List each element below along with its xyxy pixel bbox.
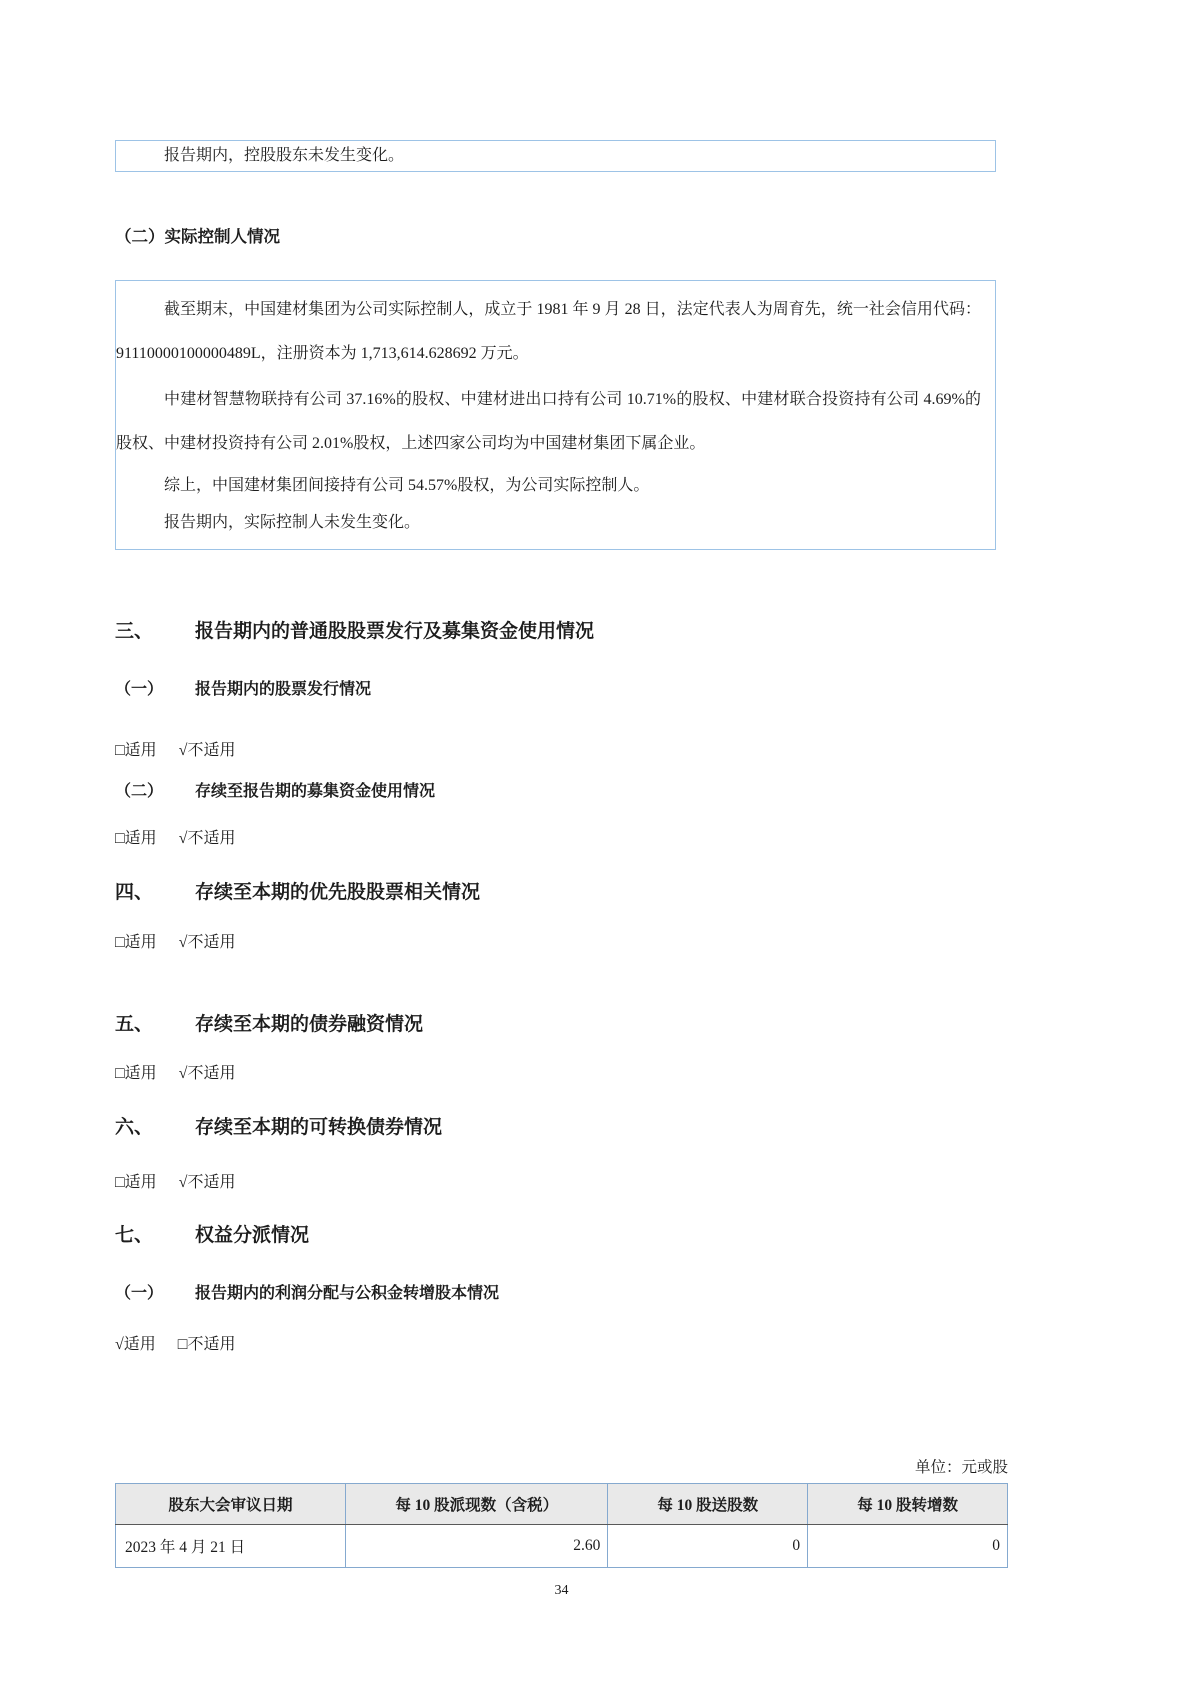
heading-section-3-1-num: （一） [115, 677, 195, 702]
heading-section-4-num: 四、 [115, 879, 195, 906]
heading-section-7-1: （一） 报告期内的利润分配与公积金转增股本情况 [115, 1281, 1008, 1306]
not-applicable-checked-option: √不适用 [179, 830, 236, 847]
actual-controller-paragraph-1: 截至期末，中国建材集团为公司实际控制人，成立于 1981 年 9 月 28 日，… [116, 287, 981, 377]
heading-section-7-1-title: 报告期内的利润分配与公积金转增股本情况 [195, 1281, 499, 1306]
not-applicable-checked-option: √不适用 [179, 1065, 236, 1082]
cell-bonus-per-10: 0 [608, 1525, 808, 1568]
heading-section-3-2-num: （二） [115, 779, 195, 804]
heading-actual-controller: （二）实际控制人情况 [115, 224, 1008, 250]
col-header-transfer-per-10: 每 10 股转增数 [808, 1484, 1008, 1525]
cell-transfer-per-10: 0 [808, 1525, 1008, 1568]
heading-section-5-num: 五、 [115, 1011, 195, 1038]
heading-actual-controller-num: （二） [115, 228, 165, 246]
applicable-unchecked-option: □适用 [115, 830, 157, 847]
page-number: 34 [115, 1581, 1008, 1601]
cell-cash-per-10: 2.60 [346, 1525, 608, 1568]
applicability-line-raised-funds: □适用 √不适用 [115, 826, 1008, 851]
col-header-cash-per-10: 每 10 股派现数（含税） [346, 1484, 608, 1525]
applicable-unchecked-option: □适用 [115, 742, 157, 759]
controlling-shareholder-note-box: 报告期内，控股股东未发生变化。 [115, 140, 996, 172]
not-applicable-unchecked-option: □不适用 [178, 1336, 236, 1353]
heading-section-3-1: （一） 报告期内的股票发行情况 [115, 677, 1008, 702]
heading-section-3-2-title: 存续至报告期的募集资金使用情况 [195, 779, 435, 804]
applicable-checked-option: √适用 [115, 1336, 156, 1353]
heading-section-7-1-num: （一） [115, 1281, 195, 1306]
actual-controller-paragraph-4: 报告期内，实际控制人未发生变化。 [116, 504, 981, 541]
heading-section-3-num: 三、 [115, 618, 195, 645]
heading-section-4-title: 存续至本期的优先股股票相关情况 [195, 879, 480, 906]
actual-controller-paragraph-3: 综上，中国建材集团间接持有公司 54.57%股权，为公司实际控制人。 [116, 467, 981, 504]
col-header-bonus-per-10: 每 10 股送股数 [608, 1484, 808, 1525]
applicability-line-convertible-bonds: □适用 √不适用 [115, 1170, 1008, 1195]
col-header-meeting-date: 股东大会审议日期 [116, 1484, 346, 1525]
actual-controller-box: 截至期末，中国建材集团为公司实际控制人，成立于 1981 年 9 月 28 日，… [115, 280, 996, 550]
applicable-unchecked-option: □适用 [115, 934, 157, 951]
heading-section-3-2: （二） 存续至报告期的募集资金使用情况 [115, 779, 1008, 804]
heading-section-7-title: 权益分派情况 [195, 1222, 309, 1249]
dividend-table-row: 2023 年 4 月 21 日 2.60 0 0 [116, 1525, 1008, 1568]
heading-section-6: 六、 存续至本期的可转换债券情况 [115, 1114, 1008, 1141]
heading-section-5-title: 存续至本期的债券融资情况 [195, 1011, 423, 1038]
not-applicable-checked-option: √不适用 [179, 742, 236, 759]
unit-note: 单位：元或股 [115, 1457, 1008, 1479]
not-applicable-checked-option: √不适用 [179, 1174, 236, 1191]
not-applicable-checked-option: √不适用 [179, 934, 236, 951]
heading-section-7: 七、 权益分派情况 [115, 1222, 1008, 1249]
applicability-line-stock-issue: □适用 √不适用 [115, 738, 1008, 763]
heading-section-6-title: 存续至本期的可转换债券情况 [195, 1114, 442, 1141]
heading-section-5: 五、 存续至本期的债券融资情况 [115, 1011, 1008, 1038]
cell-meeting-date: 2023 年 4 月 21 日 [116, 1525, 346, 1568]
heading-section-3-title: 报告期内的普通股股票发行及募集资金使用情况 [195, 618, 594, 645]
applicability-line-bond-financing: □适用 √不适用 [115, 1061, 1008, 1086]
applicability-line-preferred-shares: □适用 √不适用 [115, 930, 1008, 955]
applicable-unchecked-option: □适用 [115, 1065, 157, 1082]
heading-actual-controller-title: 实际控制人情况 [165, 228, 281, 246]
applicable-unchecked-option: □适用 [115, 1174, 157, 1191]
applicability-line-profit-distribution: √适用 □不适用 [115, 1332, 1008, 1357]
document-page: 报告期内，控股股东未发生变化。 （二）实际控制人情况 截至期末，中国建材集团为公… [0, 0, 1200, 1695]
heading-section-3: 三、 报告期内的普通股股票发行及募集资金使用情况 [115, 618, 1008, 645]
dividend-table: 股东大会审议日期 每 10 股派现数（含税） 每 10 股送股数 每 10 股转… [115, 1483, 1008, 1568]
actual-controller-paragraph-2: 中建材智慧物联持有公司 37.16%的股权、中建材进出口持有公司 10.71%的… [116, 377, 981, 467]
heading-section-4: 四、 存续至本期的优先股股票相关情况 [115, 879, 1008, 906]
heading-section-3-1-title: 报告期内的股票发行情况 [195, 677, 371, 702]
dividend-table-header-row: 股东大会审议日期 每 10 股派现数（含税） 每 10 股送股数 每 10 股转… [116, 1484, 1008, 1525]
heading-section-6-num: 六、 [115, 1114, 195, 1141]
controlling-shareholder-note-text: 报告期内，控股股东未发生变化。 [116, 143, 981, 169]
heading-section-7-num: 七、 [115, 1222, 195, 1249]
